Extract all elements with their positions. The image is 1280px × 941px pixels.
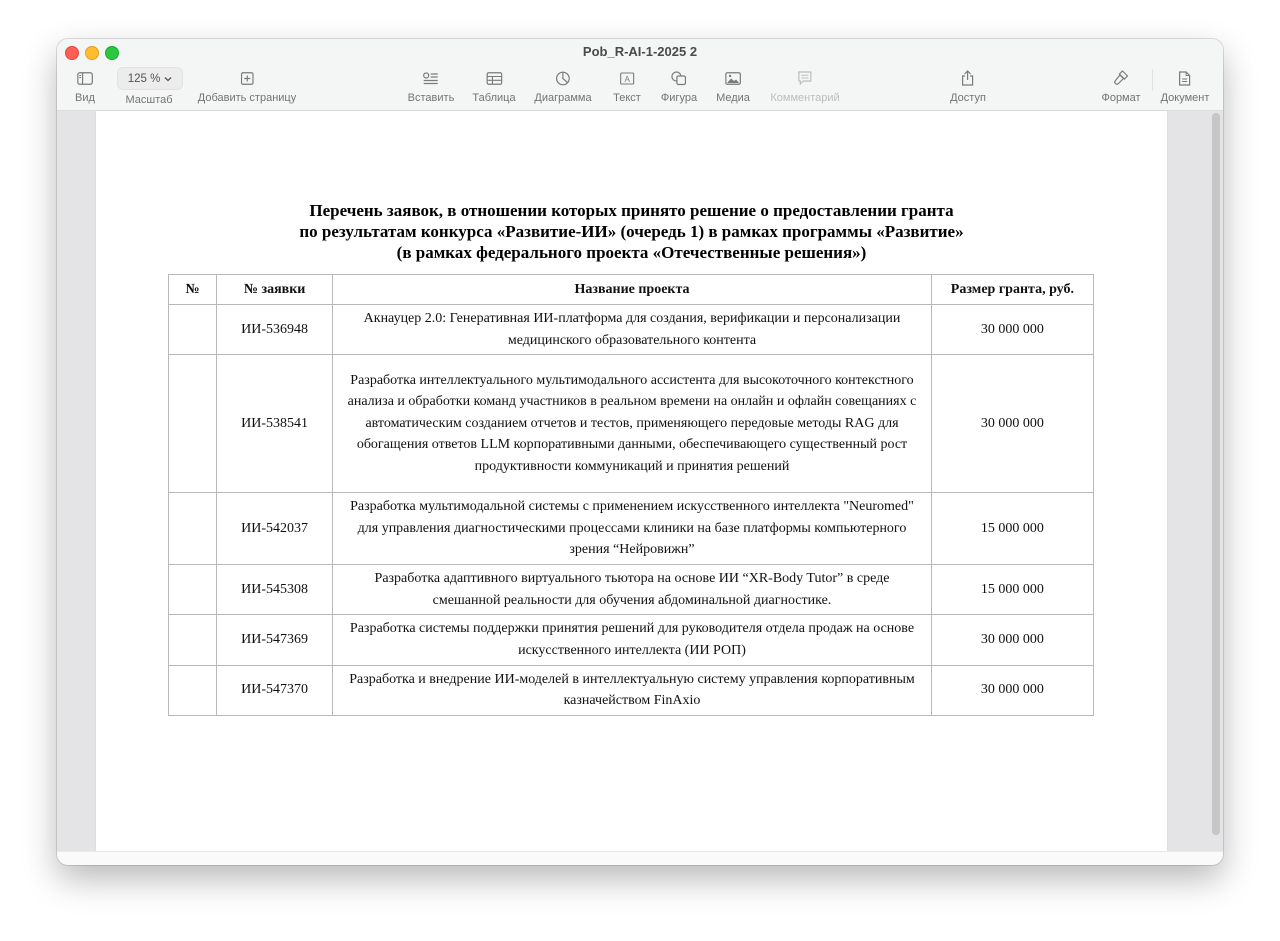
format-button[interactable]: Формат — [1101, 69, 1140, 104]
format-label: Формат — [1101, 92, 1140, 104]
insert-list-icon — [423, 69, 439, 87]
table-header-row: № № заявки Название проекта Размер грант… — [169, 275, 1094, 305]
add-page-button[interactable]: Добавить страницу — [198, 69, 296, 104]
heading-line: по результатам конкурса «Развитие-ИИ» (о… — [96, 221, 1167, 242]
row-number — [169, 565, 217, 615]
document-page[interactable]: Перечень заявок, в отношении которых при… — [96, 111, 1167, 851]
row-number — [169, 665, 217, 715]
heading-line: (в рамках федерального проекта «Отечеств… — [96, 242, 1167, 263]
heading-line: Перечень заявок, в отношении которых при… — [96, 200, 1167, 221]
minimize-window-button[interactable] — [85, 46, 99, 60]
toolbar-separator — [1152, 69, 1153, 91]
project-name: Акнауцер 2.0: Генеративная ИИ-платформа … — [333, 305, 932, 355]
document-heading: Перечень заявок, в отношении которых при… — [96, 200, 1167, 263]
chart-label: Диаграмма — [534, 92, 591, 104]
maximize-window-button[interactable] — [105, 46, 119, 60]
grants-table: № № заявки Название проекта Размер грант… — [168, 274, 1094, 716]
header-project-name: Название проекта — [333, 275, 932, 305]
add-page-label: Добавить страницу — [198, 92, 296, 104]
project-name: Разработка адаптивного виртуального тьют… — [333, 565, 932, 615]
media-icon — [725, 69, 741, 87]
window-bottom-edge — [57, 851, 1223, 865]
zoom-label: Масштаб — [125, 94, 172, 106]
window-title: Pob_R-AI-1-2025 2 — [57, 44, 1223, 59]
table-button[interactable]: Таблица — [472, 69, 515, 104]
zoom-value: 125 % — [128, 73, 161, 85]
row-number — [169, 355, 217, 493]
share-button[interactable]: Доступ — [950, 69, 986, 104]
application-id: ИИ-542037 — [217, 493, 333, 565]
table-row: ИИ-538541 Разработка интеллектуального м… — [169, 355, 1094, 493]
shape-icon — [671, 69, 687, 87]
text-label: Текст — [613, 92, 641, 104]
zoom-select[interactable]: 125 % — [117, 67, 183, 90]
grant-amount: 30 000 000 — [931, 305, 1093, 355]
insert-button[interactable]: Вставить — [408, 69, 455, 104]
text-box-icon: A — [619, 69, 635, 87]
document-label: Документ — [1161, 92, 1210, 104]
application-id: ИИ-538541 — [217, 355, 333, 493]
toolbar: Pob_R-AI-1-2025 2 Вид 125 % Масштаб Доба… — [57, 39, 1223, 111]
application-id: ИИ-547370 — [217, 665, 333, 715]
chevron-down-icon — [164, 73, 172, 85]
project-name: Разработка мультимодальной системы с при… — [333, 493, 932, 565]
view-button[interactable]: Вид — [75, 69, 95, 104]
document-icon — [1179, 69, 1191, 87]
row-number — [169, 493, 217, 565]
scrollbar-thumb[interactable] — [1212, 113, 1220, 835]
insert-label: Вставить — [408, 92, 455, 104]
row-number — [169, 305, 217, 355]
table-row: ИИ-547370 Разработка и внедрение ИИ-моде… — [169, 665, 1094, 715]
table-row: ИИ-542037 Разработка мультимодальной сис… — [169, 493, 1094, 565]
paintbrush-icon — [1113, 69, 1128, 87]
media-button[interactable]: Медиа — [716, 69, 750, 104]
add-page-icon — [241, 69, 254, 87]
grant-amount: 30 000 000 — [931, 615, 1093, 665]
application-id: ИИ-545308 — [217, 565, 333, 615]
grant-amount: 30 000 000 — [931, 665, 1093, 715]
vertical-scrollbar[interactable] — [1210, 113, 1220, 839]
shape-label: Фигура — [661, 92, 697, 104]
share-label: Доступ — [950, 92, 986, 104]
row-number — [169, 615, 217, 665]
text-button[interactable]: A Текст — [613, 69, 641, 104]
project-name: Разработка системы поддержки принятия ре… — [333, 615, 932, 665]
application-id: ИИ-536948 — [217, 305, 333, 355]
header-grant-amount: Размер гранта, руб. — [931, 275, 1093, 305]
grant-amount: 15 000 000 — [931, 493, 1093, 565]
header-number: № — [169, 275, 217, 305]
header-application-id: № заявки — [217, 275, 333, 305]
grant-amount: 30 000 000 — [931, 355, 1093, 493]
comment-label: Комментарий — [770, 92, 839, 104]
grant-amount: 15 000 000 — [931, 565, 1093, 615]
close-window-button[interactable] — [65, 46, 79, 60]
chart-button[interactable]: Диаграмма — [534, 69, 591, 104]
table-label: Таблица — [472, 92, 515, 104]
svg-text:A: A — [624, 75, 630, 84]
comment-button[interactable]: Комментарий — [770, 69, 839, 104]
view-label: Вид — [75, 92, 95, 104]
sidebar-icon — [77, 69, 93, 87]
table-icon — [486, 69, 502, 87]
chart-icon — [555, 69, 570, 87]
media-label: Медиа — [716, 92, 750, 104]
table-row: ИИ-536948 Акнауцер 2.0: Генеративная ИИ-… — [169, 305, 1094, 355]
table-row: ИИ-545308 Разработка адаптивного виртуал… — [169, 565, 1094, 615]
shape-button[interactable]: Фигура — [661, 69, 697, 104]
application-id: ИИ-547369 — [217, 615, 333, 665]
project-name: Разработка интеллектуального мультимодал… — [333, 355, 932, 493]
app-window: Pob_R-AI-1-2025 2 Вид 125 % Масштаб Доба… — [57, 39, 1223, 865]
document-button[interactable]: Документ — [1161, 69, 1210, 104]
document-canvas: Перечень заявок, в отношении которых при… — [57, 111, 1223, 851]
share-icon — [962, 69, 975, 87]
comment-icon — [797, 69, 812, 87]
table-row: ИИ-547369 Разработка системы поддержки п… — [169, 615, 1094, 665]
project-name: Разработка и внедрение ИИ-моделей в инте… — [333, 665, 932, 715]
